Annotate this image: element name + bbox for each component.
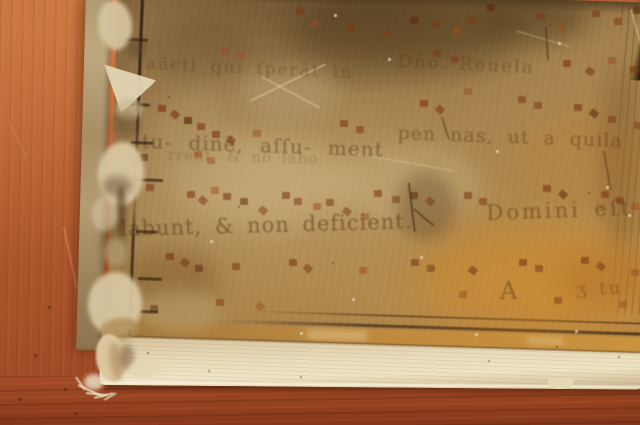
- vellum-manuscript-cover: [107, 0, 640, 353]
- cover-edge-scuff: [527, 336, 563, 345]
- cover-edge-scuff: [307, 329, 367, 341]
- photo-antique-book-on-wooden-table: añcti qui ſperãt inDño. Reuelatu- dinẽ, …: [0, 0, 640, 425]
- parchment-grain-texture: [107, 0, 640, 353]
